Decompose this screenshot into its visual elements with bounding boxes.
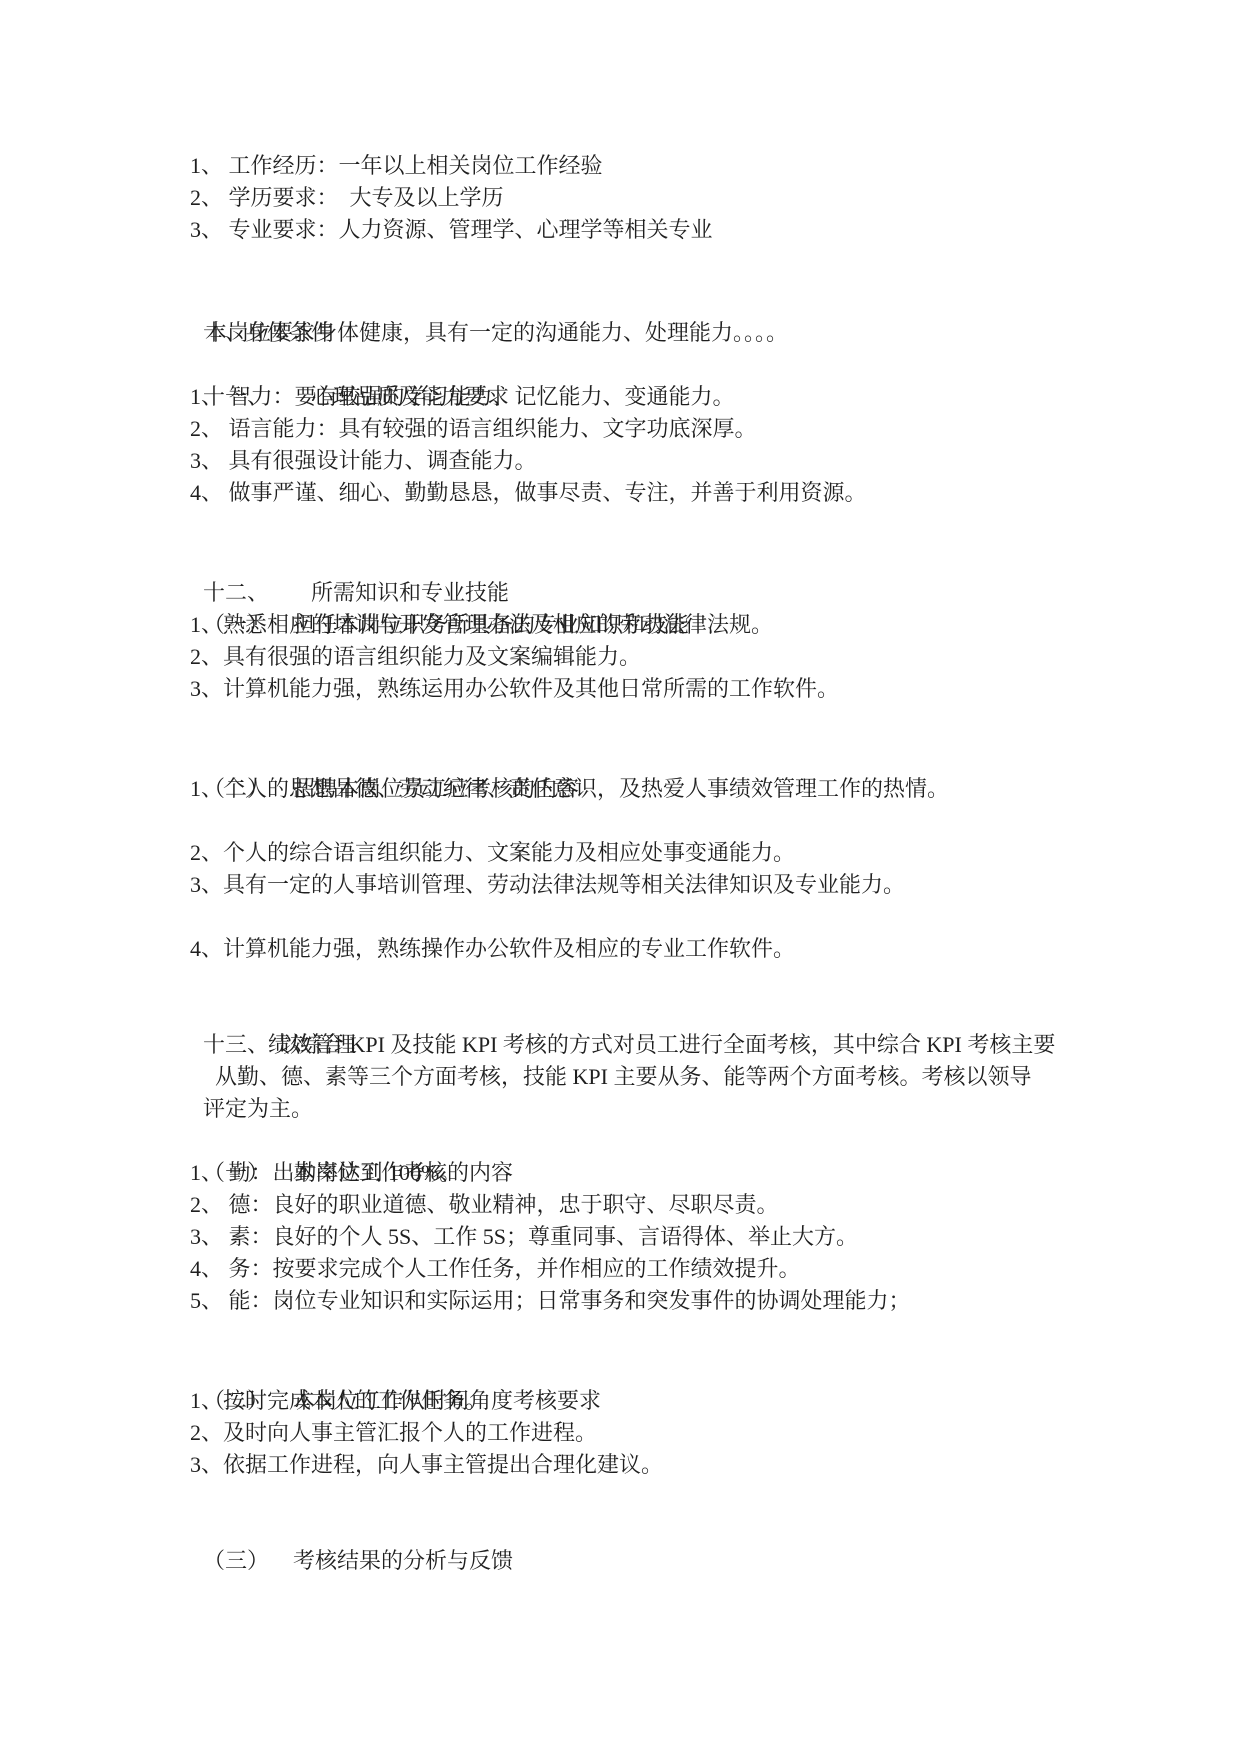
paragraph-line: 以综合 KPI 及技能 KPI 考核的方式对员工进行全面考核，其中综合 KPI … [278,1029,1191,1061]
list-item: 4、 务：按要求完成个人工作任务，并作相应的工作绩效提升。 [190,1253,1191,1285]
sub-heading-13-1: （一）本岗位工作考核的内容 [170,1125,1191,1157]
list-item: 3、 素：良好的个人 5S、工作 5S；尊重同事、言语得体、举止大方。 [190,1221,1191,1253]
list-item: 1、熟悉相应的培训与开发管理办法及相应的劳动法律法规。 [190,609,1191,641]
section-heading-10: 十、身体条件 [170,285,1191,317]
list-item: 2、具有很强的语言组织能力及文案编辑能力。 [190,641,1191,673]
list-item: 1、个人的思想品德、劳动纪律、责任意识，及热爱人事绩效管理工作的热情。 [190,773,1191,805]
list-item: 1、 智力：要有较强的学习能力、记忆能力、变通能力。 [190,381,1191,413]
blank-line [170,901,1191,933]
sub-heading-13-3: （三）考核结果的分析与反馈 [170,1513,1191,1545]
list-item: 3、计算机能力强，熟练运用办公软件及其他日常所需的工作软件。 [190,673,1191,705]
document-page: 1、 工作经历：一年以上相关岗位工作经验 2、 学历要求： 大专及以上学历 3、… [0,0,1241,1754]
list-item: 5、 能：岗位专业知识和实际运用；日常事务和突发事件的协调处理能力； [190,1285,1191,1317]
list-item-work-experience: 1、 工作经历：一年以上相关岗位工作经验 [190,150,1191,182]
list-item: 1、按时完成本人的工作任务。 [190,1385,1191,1417]
section-heading-13: 十三、绩效管理 [170,997,1191,1029]
list-item: 3、具有一定的人事培训管理、劳动法律法规等相关法律知识及专业能力。 [190,869,1191,901]
list-item: 3、 具有很强设计能力、调查能力。 [190,445,1191,477]
blank-line [170,1317,1191,1353]
list-item: 4、 做事严谨、细心、勤勤恳恳，做事尽责、专注，并善于利用资源。 [190,477,1191,509]
list-item: 3、依据工作进程，向人事主管提出合理化建议。 [190,1449,1191,1481]
blank-line [170,246,1191,285]
blank-line [170,509,1191,545]
list-item: 2、 语言能力：具有较强的语言组织能力、文字功底深厚。 [190,413,1191,445]
paragraph-line: 评定为主。 [203,1093,1191,1125]
section-title: 所需知识和专业技能 [311,580,509,605]
list-item: 2、 德：良好的职业道德、敬业精神，忠于职守、尽职尽责。 [190,1189,1191,1221]
section-number: 十二、 [203,577,311,609]
sub-title: 考核结果的分析与反馈 [293,1548,513,1573]
blank-line [170,965,1191,997]
list-item: 1、 勤：出勤率达到 100%。 [190,1157,1191,1189]
list-item: 2、及时向人事主管汇报个人的工作进程。 [190,1417,1191,1449]
document-content: 1、 工作经历：一年以上相关岗位工作经验 2、 学历要求： 大专及以上学历 3、… [0,0,1241,1545]
list-item: 2、个人的综合语言组织能力、文案能力及相应处事变通能力。 [190,837,1191,869]
blank-line [170,1481,1191,1513]
list-item: 4、计算机能力强，熟练操作办公软件及相应的专业工作软件。 [190,933,1191,965]
sub-heading-13-2: （二）本岗位工作从时间角度考核要求 [170,1353,1191,1385]
list-item-education: 2、 学历要求： 大专及以上学历 [190,182,1191,214]
list-item-major: 3、 专业要求：人力资源、管理学、心理学等相关专业 [190,214,1191,246]
section-heading-12: 十二、所需知识和专业技能 [170,545,1191,577]
blank-line [170,705,1191,741]
sub-number: （三） [203,1545,293,1577]
paragraph-line: 本岗位要求身体健康，具有一定的沟通能力、处理能力。。。。 [205,317,1191,349]
paragraph-line: 从勤、德、素等三个方面考核，技能 KPI 主要从务、能等两个方面考核。考核以领导 [215,1061,1191,1093]
sub-heading-12-2: （二）招聘本岗位员工应考核的内容 [170,741,1191,773]
section-number: 十三、 [203,1029,268,1061]
section-heading-11: 十一、心理品质及能力要求 [170,349,1191,381]
blank-line [170,805,1191,837]
